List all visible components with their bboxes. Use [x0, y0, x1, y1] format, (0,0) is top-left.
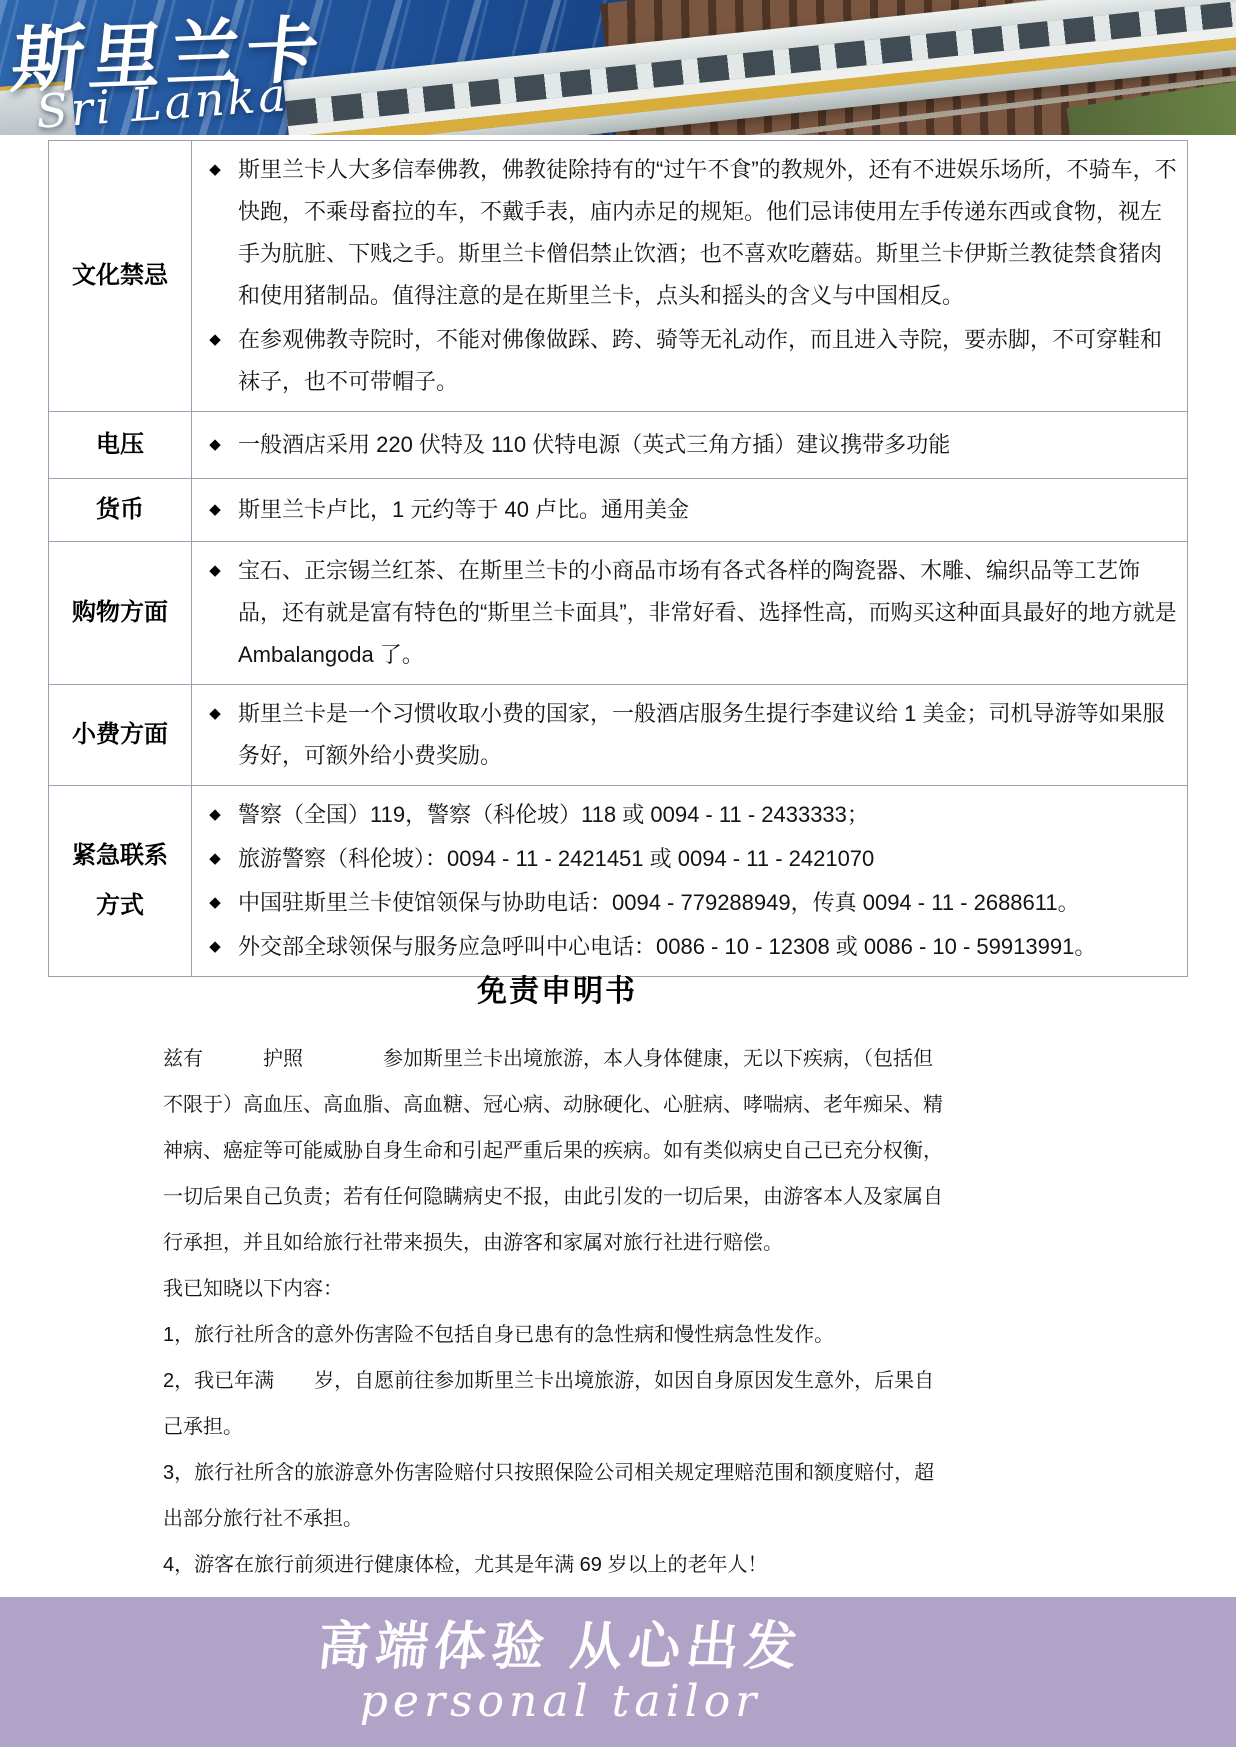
row-label-text: 紧急联系方式: [65, 831, 175, 931]
diamond-bullet-icon: ◆: [192, 882, 238, 924]
list-item: ◆中国驻斯里兰卡使馆领保与协助电话：0094 - 779288949，传真 00…: [192, 882, 1181, 924]
row-label-text: 文化禁忌: [65, 251, 175, 301]
disclaimer-paragraph: 2，我已年满 岁，自愿前往参加斯里兰卡出境旅游，如因自身原因发生意外，后果自己承…: [163, 1358, 951, 1450]
disclaimer-paragraph: 4，游客在旅行前须进行健康体检，尤其是年满 69 岁以上的老年人！: [163, 1542, 951, 1588]
table-row: 电压 ◆一般酒店采用 220 伏特及 110 伏特电源（英式三角方插）建议携带多…: [49, 411, 1187, 478]
diamond-bullet-icon: ◆: [192, 693, 238, 777]
bullet-text: 旅游警察（科伦坡）：0094 - 11 - 2421451 或 0094 - 1…: [238, 838, 1181, 880]
row-content: ◆斯里兰卡卢比，1 元约等于 40 卢比。通用美金: [192, 479, 1187, 541]
diamond-bullet-icon: ◆: [192, 489, 238, 531]
row-label: 货币: [49, 479, 192, 541]
bullet-text: 在参观佛教寺院时，不能对佛像做踩、跨、骑等无礼动作，而且进入寺院，要赤脚，不可穿…: [238, 319, 1181, 403]
bullet-text: 斯里兰卡人大多信奉佛教，佛教徒除持有的“过午不食”的教规外，还有不进娱乐场所，不…: [238, 149, 1181, 317]
travel-info-table: 文化禁忌 ◆斯里兰卡人大多信奉佛教，佛教徒除持有的“过午不食”的教规外，还有不进…: [48, 140, 1188, 977]
bullet-list: ◆斯里兰卡人大多信奉佛教，佛教徒除持有的“过午不食”的教规外，还有不进娱乐场所，…: [192, 149, 1181, 403]
list-item: ◆斯里兰卡人大多信奉佛教，佛教徒除持有的“过午不食”的教规外，还有不进娱乐场所，…: [192, 149, 1181, 317]
row-label: 购物方面: [49, 542, 192, 684]
list-item: ◆在参观佛教寺院时，不能对佛像做踩、跨、骑等无礼动作，而且进入寺院，要赤脚，不可…: [192, 319, 1181, 403]
bullet-text: 一般酒店采用 220 伏特及 110 伏特电源（英式三角方插）建议携带多功能: [238, 424, 1181, 466]
row-content: ◆警察（全国）119，警察（科伦坡）118 或 0094 - 11 - 2433…: [192, 786, 1187, 976]
hero-photo-banner: 斯里兰卡 Sri Lanka: [0, 0, 1236, 135]
bullet-text: 斯里兰卡是一个习惯收取小费的国家，一般酒店服务生提行李建议给 1 美金；司机导游…: [238, 693, 1181, 777]
bullet-list: ◆宝石、正宗锡兰红茶、在斯里兰卡的小商品市场有各式各样的陶瓷器、木雕、编织品等工…: [192, 550, 1181, 676]
bullet-list: ◆斯里兰卡卢比，1 元约等于 40 卢比。通用美金: [192, 489, 1181, 531]
list-item: ◆旅游警察（科伦坡）：0094 - 11 - 2421451 或 0094 - …: [192, 838, 1181, 880]
row-label: 紧急联系方式: [49, 786, 192, 976]
list-item: ◆外交部全球领保与服务应急呼叫中心电话：0086 - 10 - 12308 或 …: [192, 926, 1181, 968]
footer-slogan-chinese: 高端体验 从心出发: [315, 1618, 806, 1676]
bullet-list: ◆警察（全国）119，警察（科伦坡）118 或 0094 - 11 - 2433…: [192, 794, 1181, 968]
list-item: ◆警察（全国）119，警察（科伦坡）118 或 0094 - 11 - 2433…: [192, 794, 1181, 836]
disclaimer-paragraph: 1，旅行社所含的意外伤害险不包括自身已患有的急性病和慢性病急性发作。: [163, 1312, 951, 1358]
table-row: 小费方面 ◆斯里兰卡是一个习惯收取小费的国家，一般酒店服务生提行李建议给 1 美…: [49, 684, 1187, 785]
travel-document-page: 斯里兰卡 Sri Lanka 文化禁忌 ◆斯里兰卡人大多信奉佛教，佛教徒除持有的…: [0, 0, 1236, 1747]
bullet-list: ◆一般酒店采用 220 伏特及 110 伏特电源（英式三角方插）建议携带多功能: [192, 424, 1181, 466]
list-item: ◆一般酒店采用 220 伏特及 110 伏特电源（英式三角方插）建议携带多功能: [192, 424, 1181, 466]
row-label-text: 货币: [65, 485, 175, 535]
footer-slogan-block: 高端体验 从心出发 personal tailor: [0, 1597, 1236, 1747]
row-label: 电压: [49, 412, 192, 478]
table-row: 紧急联系方式 ◆警察（全国）119，警察（科伦坡）118 或 0094 - 11…: [49, 785, 1187, 976]
list-item: ◆宝石、正宗锡兰红茶、在斯里兰卡的小商品市场有各式各样的陶瓷器、木雕、编织品等工…: [192, 550, 1181, 676]
row-label: 小费方面: [49, 685, 192, 785]
list-item: ◆斯里兰卡卢比，1 元约等于 40 卢比。通用美金: [192, 489, 1181, 531]
disclaimer-paragraph: 我已知晓以下内容：: [163, 1266, 951, 1312]
list-item: ◆斯里兰卡是一个习惯收取小费的国家，一般酒店服务生提行李建议给 1 美金；司机导…: [192, 693, 1181, 777]
diamond-bullet-icon: ◆: [192, 319, 238, 403]
diamond-bullet-icon: ◆: [192, 794, 238, 836]
table-row: 货币 ◆斯里兰卡卢比，1 元约等于 40 卢比。通用美金: [49, 478, 1187, 541]
footer-banner: 高端体验 从心出发 personal tailor: [0, 1597, 1236, 1747]
row-content: ◆宝石、正宗锡兰红茶、在斯里兰卡的小商品市场有各式各样的陶瓷器、木雕、编织品等工…: [192, 542, 1187, 684]
diamond-bullet-icon: ◆: [192, 926, 238, 968]
row-content: ◆斯里兰卡是一个习惯收取小费的国家，一般酒店服务生提行李建议给 1 美金；司机导…: [192, 685, 1187, 785]
disclaimer-title: 免责申明书: [163, 966, 951, 1010]
footer-slogan-english: personal tailor: [360, 1678, 762, 1726]
row-label-text: 小费方面: [65, 710, 175, 760]
row-label-text: 电压: [65, 420, 175, 470]
disclaimer-paragraph: 兹有 护照 参加斯里兰卡出境旅游，本人身体健康，无以下疾病，（包括但不限于）高血…: [163, 1036, 951, 1266]
disclaimer-paragraph: 3，旅行社所含的旅游意外伤害险赔付只按照保险公司相关规定理赔范围和额度赔付，超出…: [163, 1450, 951, 1542]
row-content: ◆一般酒店采用 220 伏特及 110 伏特电源（英式三角方插）建议携带多功能: [192, 412, 1187, 478]
bullet-text: 斯里兰卡卢比，1 元约等于 40 卢比。通用美金: [238, 489, 1181, 531]
row-label: 文化禁忌: [49, 141, 192, 411]
bullet-text: 宝石、正宗锡兰红茶、在斯里兰卡的小商品市场有各式各样的陶瓷器、木雕、编织品等工艺…: [238, 550, 1181, 676]
diamond-bullet-icon: ◆: [192, 838, 238, 880]
bullet-list: ◆斯里兰卡是一个习惯收取小费的国家，一般酒店服务生提行李建议给 1 美金；司机导…: [192, 693, 1181, 777]
row-content: ◆斯里兰卡人大多信奉佛教，佛教徒除持有的“过午不食”的教规外，还有不进娱乐场所，…: [192, 141, 1187, 411]
disclaimer-section: 免责申明书 兹有 护照 参加斯里兰卡出境旅游，本人身体健康，无以下疾病，（包括但…: [163, 966, 951, 1588]
table-row: 文化禁忌 ◆斯里兰卡人大多信奉佛教，佛教徒除持有的“过午不食”的教规外，还有不进…: [49, 141, 1187, 411]
bullet-text: 警察（全国）119，警察（科伦坡）118 或 0094 - 11 - 24333…: [238, 794, 1181, 836]
diamond-bullet-icon: ◆: [192, 550, 238, 676]
diamond-bullet-icon: ◆: [192, 424, 238, 466]
row-label-text: 购物方面: [65, 588, 175, 638]
bullet-text: 中国驻斯里兰卡使馆领保与协助电话：0094 - 779288949，传真 009…: [238, 882, 1181, 924]
diamond-bullet-icon: ◆: [192, 149, 238, 317]
bullet-text: 外交部全球领保与服务应急呼叫中心电话：0086 - 10 - 12308 或 0…: [238, 926, 1181, 968]
table-row: 购物方面 ◆宝石、正宗锡兰红茶、在斯里兰卡的小商品市场有各式各样的陶瓷器、木雕、…: [49, 541, 1187, 684]
